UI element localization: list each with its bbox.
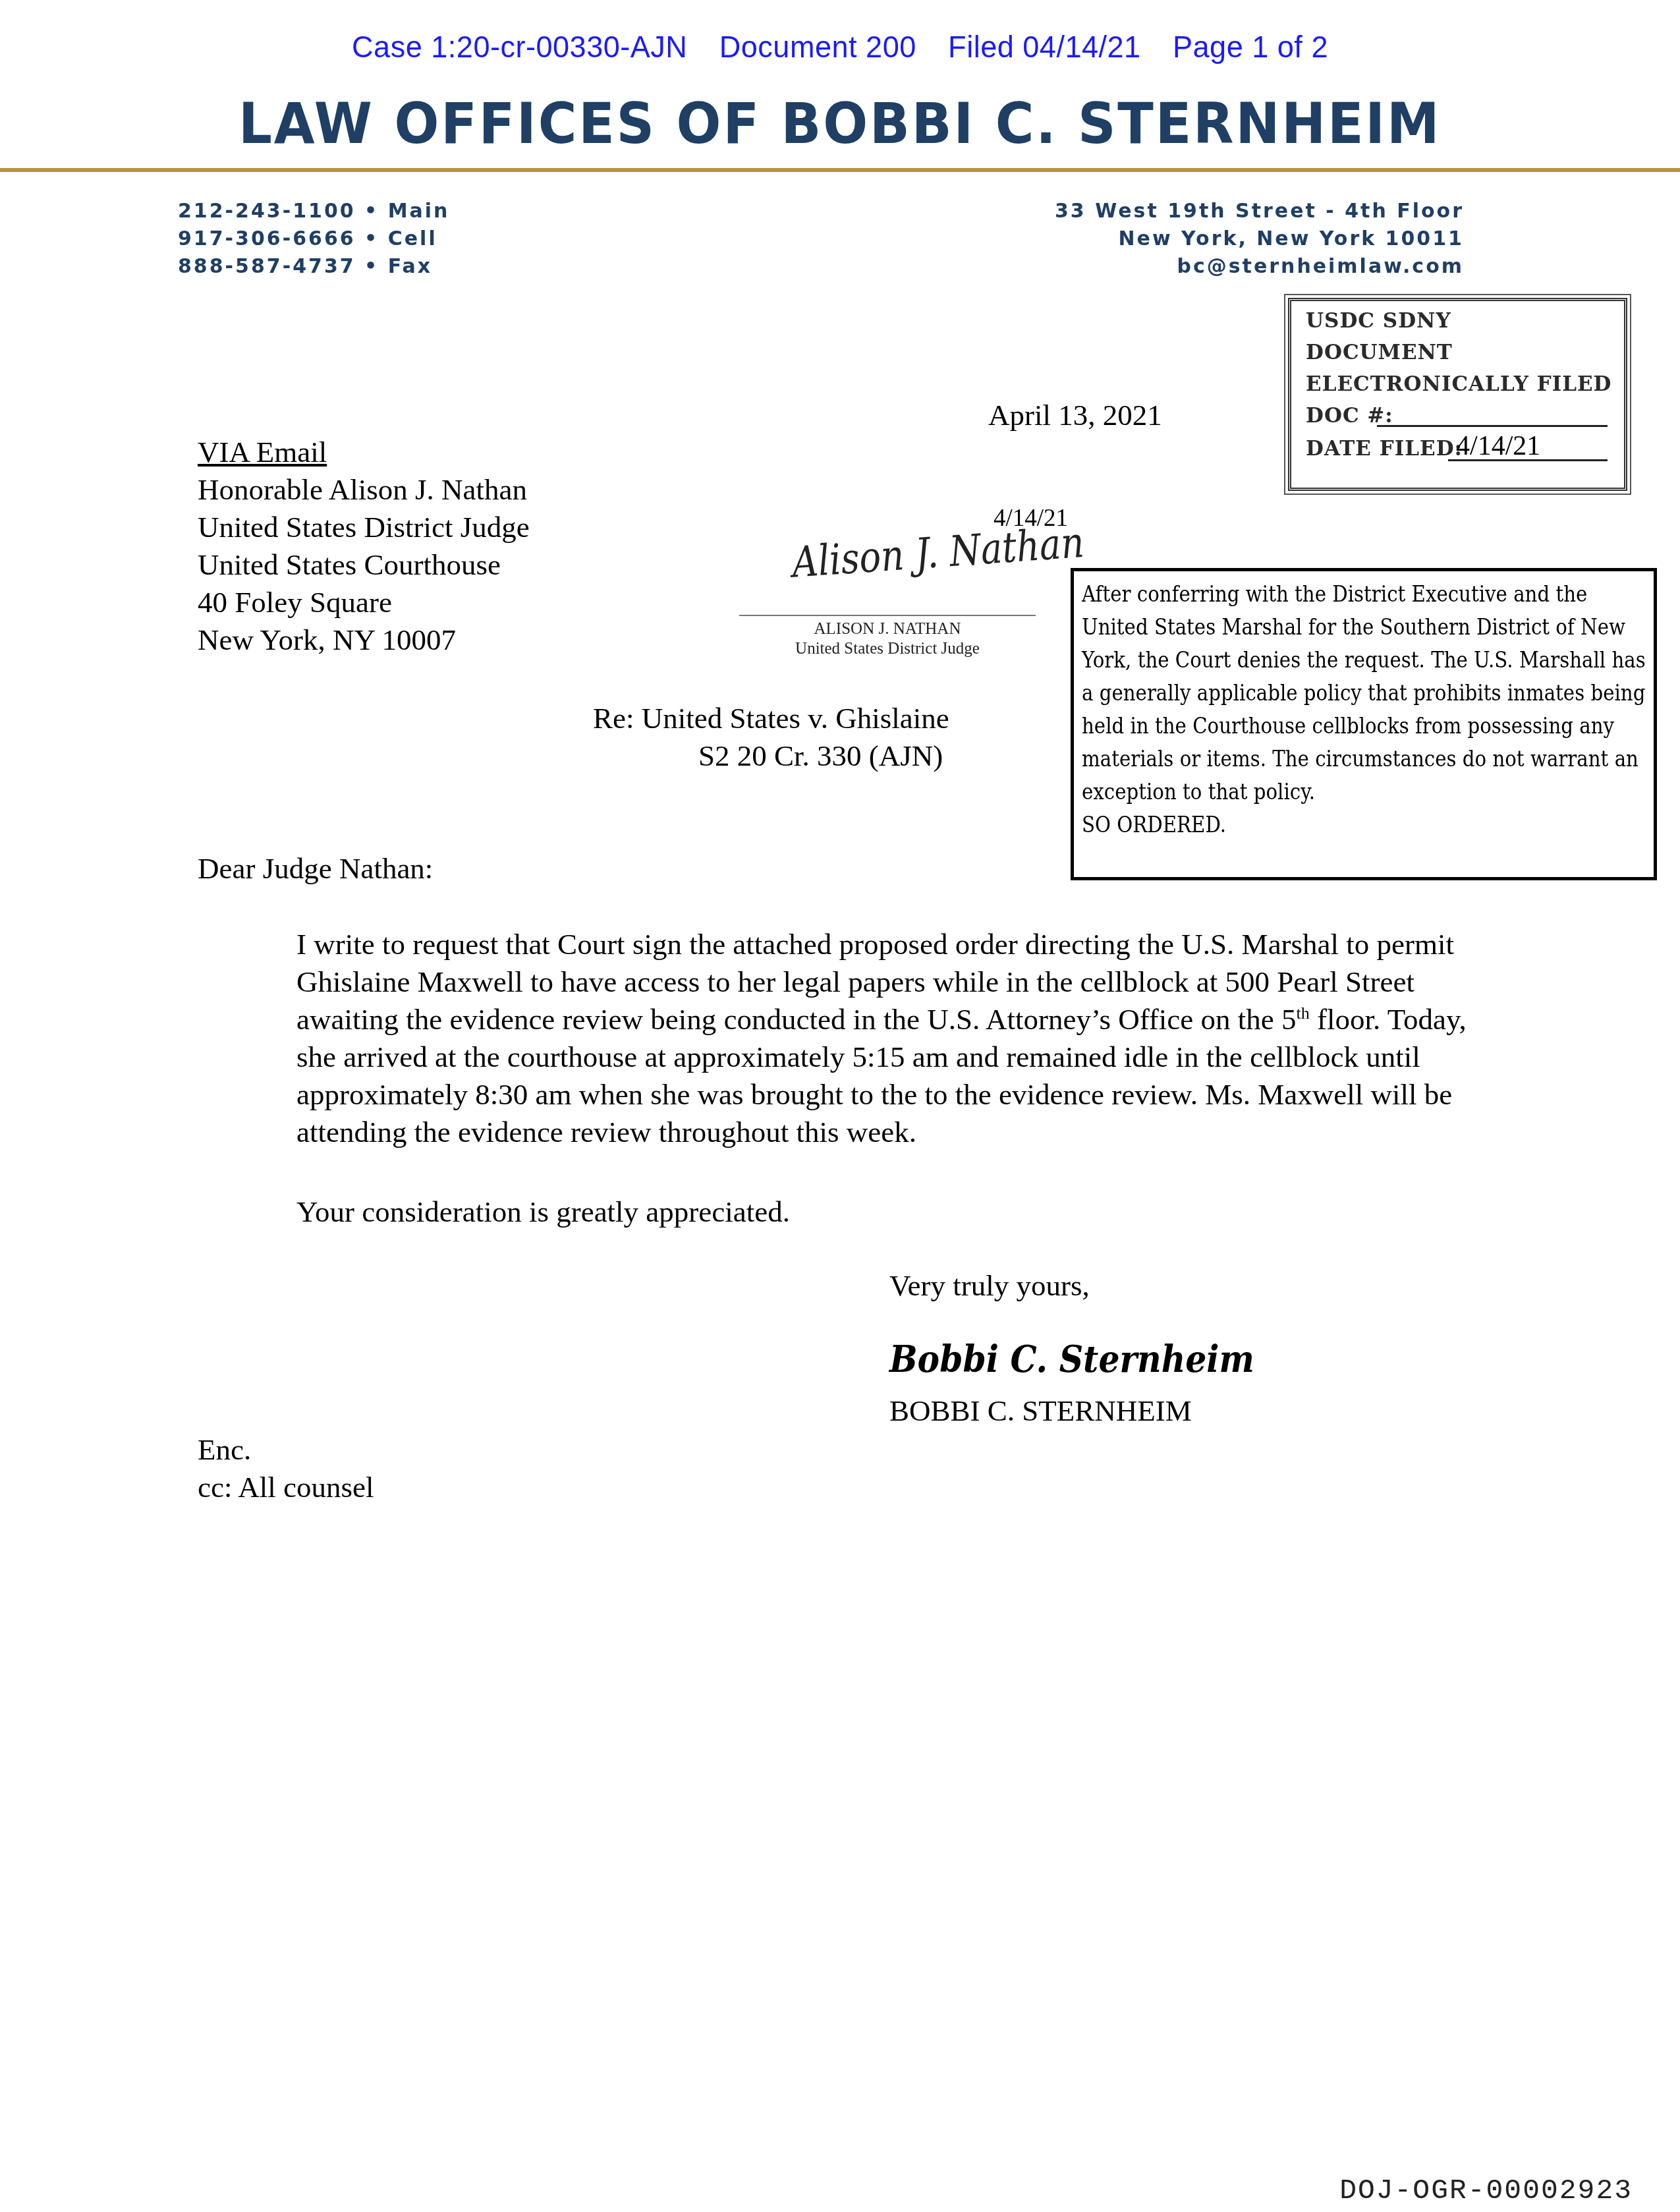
stamp-document: DOCUMENT xyxy=(1306,341,1453,364)
stamp-electronically-filed: ELECTRONICALLY FILED xyxy=(1306,372,1611,396)
judge-signature-block: ALISON J. NATHAN United States District … xyxy=(739,619,1036,659)
phone-fax: 888-587-4737 • Fax xyxy=(178,253,449,281)
firm-email: bc@sternheimlaw.com xyxy=(1055,253,1464,281)
judge-title: United States District Judge xyxy=(739,639,1036,659)
stamp-date-label: DATE FILED: xyxy=(1306,437,1463,461)
court-order-text: After conferring with the District Execu… xyxy=(1082,578,1654,841)
stamp-date-value: 4/14/21 xyxy=(1456,430,1540,462)
re-case-number: S2 20 Cr. 330 (AJN) xyxy=(593,737,949,775)
recipient-street: 40 Foley Square xyxy=(198,584,530,621)
enclosure-cc-block: Enc. cc: All counsel xyxy=(198,1431,374,1506)
body-paragraph-1: I write to request that Court sign the a… xyxy=(198,926,1489,1151)
stamp-doc-label: DOC #: xyxy=(1306,404,1393,428)
closing: Very truly yours, xyxy=(889,1268,1090,1303)
enclosure: Enc. xyxy=(198,1431,374,1469)
re-caption: Re: United States v. Ghislaine xyxy=(593,700,949,737)
phone-list: 212-243-1100 • Main 917-306-6666 • Cell … xyxy=(178,198,449,281)
author-name: BOBBI C. STERNHEIM xyxy=(889,1394,1192,1428)
address-city: New York, New York 10011 xyxy=(1055,225,1464,253)
stamp-court: USDC SDNY xyxy=(1306,309,1451,333)
firm-address: 33 West 19th Street - 4th Floor New York… xyxy=(1055,198,1464,281)
recipient-building: United States Courthouse xyxy=(198,546,530,584)
phone-cell: 917-306-6666 • Cell xyxy=(178,225,449,253)
recipient-city: New York, NY 10007 xyxy=(198,621,530,659)
judge-name: ALISON J. NATHAN xyxy=(739,619,1036,639)
ecf-header-stamp: Case 1:20-cr-00330-AJN Document 200 File… xyxy=(17,29,1664,65)
phone-main: 212-243-1100 • Main xyxy=(178,198,449,225)
bates-number: DOJ-OGR-00002923 xyxy=(1339,2174,1633,2207)
author-signature: Bobbi C. Sternheim xyxy=(889,1338,1254,1381)
ecf-filed-date: Filed 04/14/21 xyxy=(948,30,1141,64)
ecf-case-number: Case 1:20-cr-00330-AJN xyxy=(352,30,687,64)
recipient-name: Honorable Alison J. Nathan xyxy=(198,471,530,509)
court-order-box: After conferring with the District Execu… xyxy=(1071,568,1657,880)
address-street: 33 West 19th Street - 4th Floor xyxy=(1055,198,1464,225)
ecf-document-number: Document 200 xyxy=(719,30,916,64)
stamp-doc-field xyxy=(1377,425,1608,427)
re-line: Re: United States v. Ghislaine S2 20 Cr.… xyxy=(593,700,949,775)
recipient-block: VIA Email Honorable Alison J. Nathan Uni… xyxy=(198,434,530,659)
recipient-title: United States District Judge xyxy=(198,509,530,546)
judge-signature: Alison J. Nathan xyxy=(791,519,1086,588)
delivery-method: VIA Email xyxy=(198,434,530,471)
firm-name: LAW OFFICES OF BOBBI C. STERNHEIM xyxy=(59,91,1621,157)
usdc-filed-stamp: USDC SDNY DOCUMENT ELECTRONICALLY FILED … xyxy=(1288,298,1627,491)
ecf-page-count: Page 1 of 2 xyxy=(1173,30,1328,64)
so-ordered: SO ORDERED. xyxy=(1082,808,1654,841)
letter-date: April 13, 2021 xyxy=(988,398,1162,432)
letterhead-divider xyxy=(0,168,1680,172)
cc-line: cc: All counsel xyxy=(198,1469,374,1506)
judge-signature-line xyxy=(739,615,1036,616)
body-paragraph-2: Your consideration is greatly appreciate… xyxy=(296,1195,790,1229)
salutation: Dear Judge Nathan: xyxy=(198,851,433,886)
